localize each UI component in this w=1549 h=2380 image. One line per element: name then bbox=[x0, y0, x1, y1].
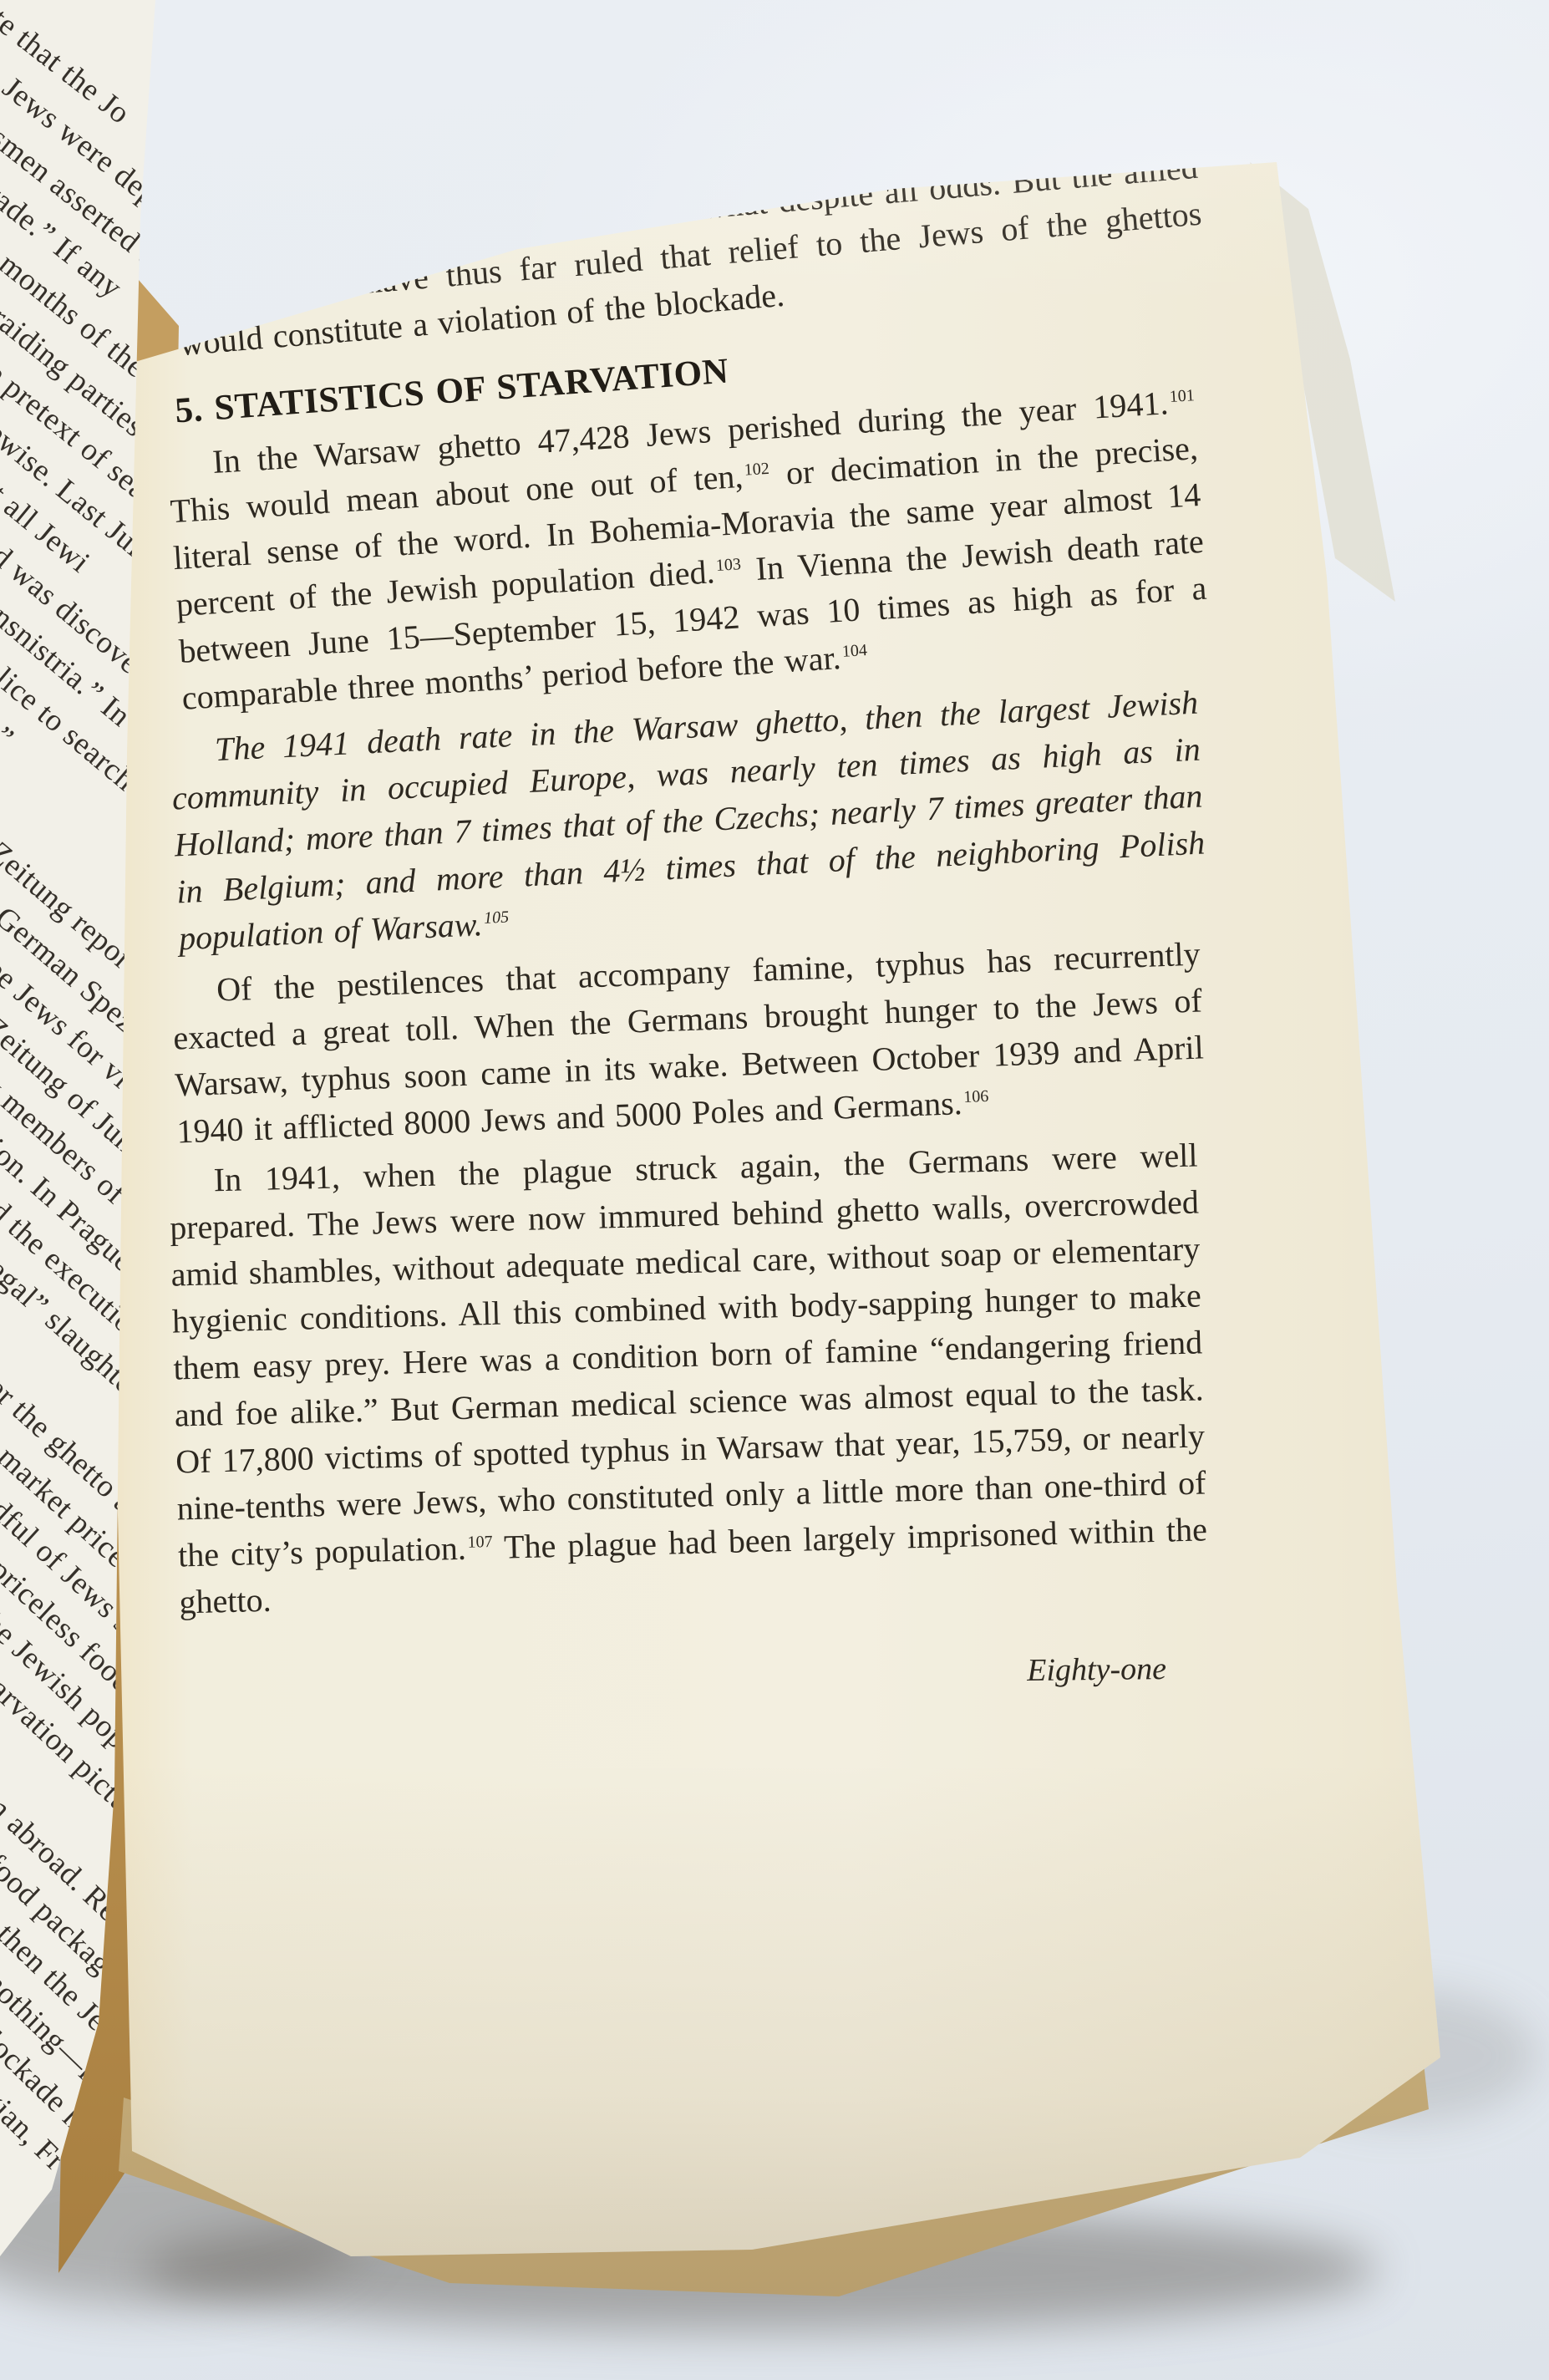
footnote-ref: 102 bbox=[744, 460, 769, 480]
footnote-ref: 103 bbox=[715, 555, 741, 575]
paragraph-death-rate-italic: The 1941 death rate in the Warsaw ghetto… bbox=[169, 679, 1208, 963]
footnote-ref: 106 bbox=[963, 1087, 989, 1106]
footnote-ref: 105 bbox=[484, 908, 510, 927]
footnote-ref: 107 bbox=[467, 1533, 493, 1552]
footnote-ref: 104 bbox=[841, 641, 867, 661]
book-photo: wegian children have been aided somewhat… bbox=[0, 0, 1549, 2380]
paragraph-typhus: Of the pestilences that accompany famine… bbox=[170, 931, 1206, 1156]
footnote-ref: 101 bbox=[1169, 386, 1195, 406]
page-number: Eighty-one bbox=[174, 1645, 1204, 1704]
paragraph-plague-1941: In 1941, when the plague struck again, t… bbox=[168, 1132, 1209, 1626]
page-text-column: wegian children have been aided somewhat… bbox=[174, 186, 1203, 1706]
paragraph-statistics: In the Warsaw ghetto 47,428 Jews perishe… bbox=[166, 378, 1211, 722]
